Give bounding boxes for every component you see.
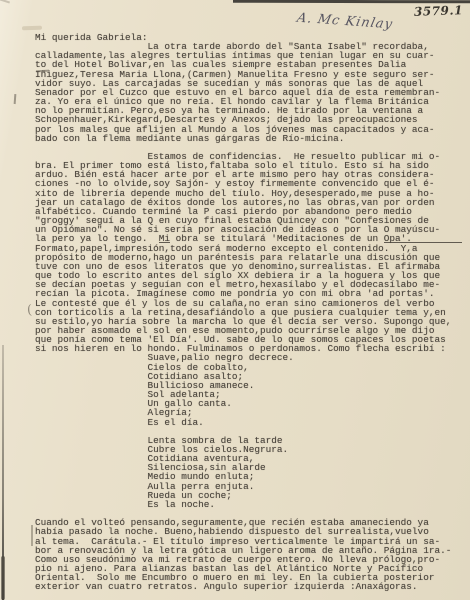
pencil-paren-mark: (: [26, 303, 32, 318]
underline-opa-title-mark: [384, 242, 462, 243]
letter-publishing-paragraph: Estamos de confidencias. He resuelto pub…: [35, 152, 465, 353]
scan-top-edge-line: [233, 0, 470, 3]
scan-left-edge-blob: [1, 556, 5, 600]
pencil-vertical-line-mark: [31, 525, 33, 546]
pencil-tick-mark: [14, 94, 16, 104]
letter-opening-paragraph: Mi querida Gabriela: La otra tarde abord…: [35, 33, 465, 143]
letter-closing-paragraph: Cuando el volteó pensando,seguramente,qu…: [35, 518, 465, 591]
letter-page: A. Mc Kinlay 3579.1 Mi querida Gabriela:…: [0, 0, 470, 600]
underline-mi-mark: [159, 242, 170, 243]
handwritten-catalog-number: 3579.1: [414, 3, 463, 19]
poem-night-stanza: Lenta sombra de la tarde Cubre los cielo…: [35, 436, 465, 509]
handwritten-name-annotation: A. Mc Kinlay: [296, 11, 395, 33]
paper-smudge: [22, 26, 42, 31]
poem-day-stanza: Suave,palio negro decrece. Cielos de cob…: [35, 353, 465, 426]
pencil-right-margin-mark: [0, 0, 10, 3]
letter-body: Mi querida Gabriela: La otra tarde abord…: [35, 33, 465, 591]
